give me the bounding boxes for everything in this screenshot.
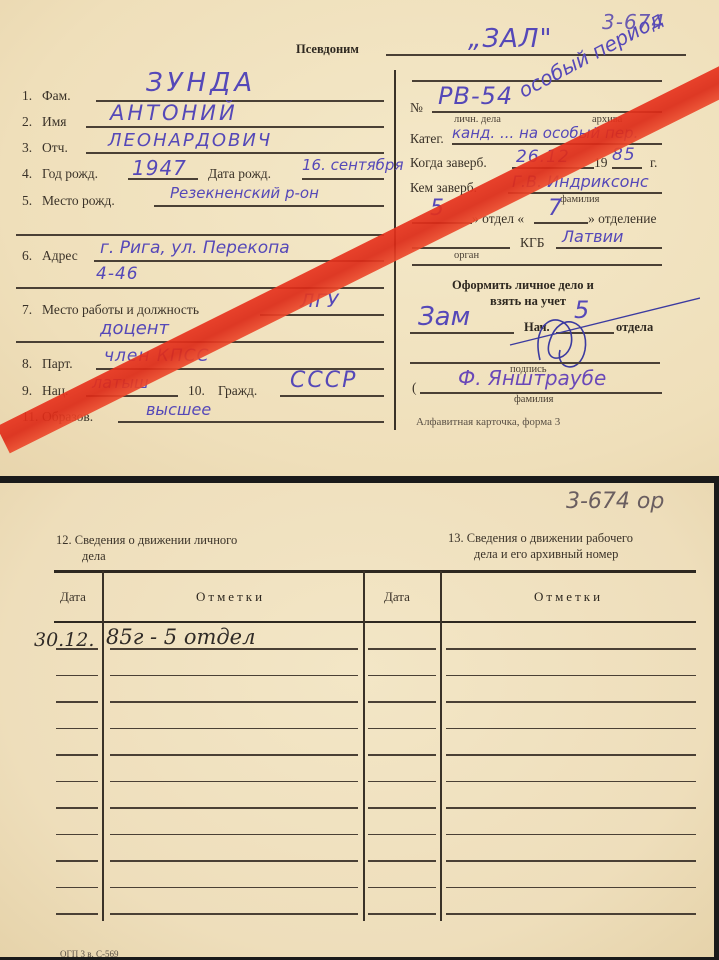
field-10-num: 10. — [188, 383, 205, 399]
section-13-title-2: дела и его архивный номер — [474, 547, 618, 562]
table-row-rule — [368, 807, 436, 809]
field-2-num: 2. — [22, 114, 32, 130]
personal-file-number: РВ-54 — [438, 82, 513, 110]
field-surname-value: ЗУНДА — [146, 68, 256, 98]
table-row-rule — [56, 807, 98, 809]
field-citizenship-label: Гражд. — [218, 383, 257, 399]
table-row-rule — [110, 728, 358, 730]
section-13-title-1: 13. Сведения о движении рабочего — [448, 531, 633, 546]
field-7-num: 7. — [22, 302, 32, 318]
table-row-rule — [56, 913, 98, 915]
field-citizenship-line — [280, 395, 384, 397]
field-birth-year-value: 1947 — [132, 156, 187, 180]
kgb-line-left — [412, 247, 510, 249]
table-row-rule — [446, 781, 696, 783]
table-row-rule — [446, 913, 696, 915]
table-row-rule — [368, 648, 436, 650]
field-name-value: АНТОНИЙ — [110, 101, 238, 125]
kgb-label: КГБ — [520, 235, 545, 251]
field-name-line — [86, 126, 384, 128]
col-header-date-1: Дата — [60, 589, 86, 605]
table-row-rule — [56, 860, 98, 862]
table-row-rule — [446, 807, 696, 809]
table-row-rule — [446, 675, 696, 677]
field-5-num: 5. — [22, 193, 32, 209]
table-row-rule — [368, 860, 436, 862]
recruiter-sub: фамилия — [560, 194, 599, 205]
col-header-notes-2: Отметки — [534, 589, 603, 605]
table-row-rule — [110, 781, 358, 783]
field-3-num: 3. — [22, 140, 32, 156]
table-row-rule — [56, 701, 98, 703]
field-citizenship-value: СССР — [290, 368, 357, 393]
section-label: » отделение — [588, 211, 656, 227]
pseudonym-value: „ЗАЛ" — [468, 24, 552, 54]
table-row-rule — [446, 728, 696, 730]
table-top-rule — [54, 570, 696, 573]
deputy-value: Зам — [418, 302, 470, 332]
category-label: Катег. — [410, 131, 444, 147]
organ-sub: орган — [454, 250, 479, 261]
organ-line — [412, 264, 662, 266]
table-row-rule — [368, 781, 436, 783]
field-1-num: 1. — [22, 88, 32, 104]
field-education-value: высшее — [146, 400, 211, 419]
table-row-rule — [446, 754, 696, 756]
field-birth-date-line — [302, 178, 384, 180]
recruit-date-label: Когда заверб. — [410, 155, 487, 171]
field-workplace-label: Место работы и должность — [42, 302, 199, 318]
field-birth-date-value: 16. сентября — [302, 156, 403, 174]
table-row-rule — [110, 860, 358, 862]
table-row-rule — [56, 887, 98, 889]
kgb-line-right — [556, 247, 662, 249]
col-header-notes-1: Отметки — [196, 589, 265, 605]
field-education-line — [118, 421, 384, 423]
field-8-num: 8. — [22, 356, 32, 372]
recruit-year-line — [612, 167, 642, 169]
table-row-rule — [56, 834, 98, 836]
alphabet-card-back: 3-674 ор 12. Сведения о движении личного… — [0, 483, 714, 957]
pseudonym-line — [386, 54, 686, 56]
field-birthplace-line — [154, 205, 384, 207]
field-patronymic-label: Отч. — [42, 140, 68, 156]
footer-print-code: ОГП 3 в. С-569 — [60, 949, 118, 957]
signer-open-paren: ( — [412, 380, 417, 396]
field-address-value-2: 4-46 — [96, 264, 139, 284]
table-row-rule — [110, 913, 358, 915]
field-address-value: г. Рига, ул. Перекопа — [100, 238, 290, 258]
field-birthplace-line-2 — [16, 234, 384, 236]
field-position-value: доцент — [100, 318, 169, 339]
table-row-rule — [110, 754, 358, 756]
field-address-label: Адрес — [42, 248, 78, 264]
table-row-rule — [368, 834, 436, 836]
table-row-rule — [56, 781, 98, 783]
table-row-rule — [110, 887, 358, 889]
table-header-rule — [54, 621, 696, 623]
table-row-rule — [56, 728, 98, 730]
table-row-rule — [446, 701, 696, 703]
field-patronymic-line — [86, 152, 384, 154]
table-row-rule — [56, 675, 98, 677]
section-12-title-2: дела — [82, 549, 106, 564]
field-birth-date-label: Дата рожд. — [208, 166, 271, 182]
field-surname-label: Фам. — [42, 88, 71, 104]
table-row-rule — [368, 701, 436, 703]
field-party-label: Парт. — [42, 356, 73, 372]
signer-value: Ф. Янштраубе — [458, 366, 606, 390]
table-row-rule — [446, 860, 696, 862]
table-row-rule — [446, 648, 696, 650]
table-row-rule — [56, 754, 98, 756]
table-row-rule — [368, 913, 436, 915]
table-row-rule — [368, 728, 436, 730]
table-row-rule — [110, 675, 358, 677]
row-1-date: 30.12. — [34, 629, 94, 651]
col-divider-2 — [363, 571, 365, 921]
section-line — [534, 222, 588, 224]
field-name-label: Имя — [42, 114, 67, 130]
back-file-ref: 3-674 ор — [566, 489, 664, 514]
col-divider-3 — [440, 571, 442, 921]
col-header-date-2: Дата — [384, 589, 410, 605]
field-patronymic-value: ЛЕОНАРДОВИЧ — [108, 130, 272, 151]
table-row-rule — [368, 887, 436, 889]
col-divider-1 — [102, 571, 104, 921]
section-value: 7 — [548, 196, 563, 221]
field-birthplace-value: Резекненский р-он — [170, 184, 319, 202]
table-row-rule — [446, 834, 696, 836]
signer-sub: фамилия — [514, 394, 553, 405]
field-birth-year-label: Год рожд. — [42, 166, 98, 182]
table-row-rule — [368, 675, 436, 677]
table-row-rule — [110, 807, 358, 809]
section-12-title-1: 12. Сведения о движении личного — [56, 533, 237, 548]
deputy-line — [410, 332, 514, 334]
pseudonym-label: Псевдоним — [296, 42, 359, 57]
alphabet-card-front: Псевдоним „ЗАЛ" 3-674 1. Фам. ЗУНДА 2. И… — [0, 0, 719, 476]
field-9-num: 9. — [22, 383, 32, 399]
kgb-value: Латвии — [562, 227, 623, 246]
field-birthplace-label: Место рожд. — [42, 193, 115, 209]
row-1-note: 85г - 5 отдел — [106, 625, 255, 649]
table-row-rule — [110, 701, 358, 703]
field-6-num: 6. — [22, 248, 32, 264]
number-prefix: № — [410, 100, 423, 116]
table-row-rule — [368, 754, 436, 756]
table-row-rule — [446, 887, 696, 889]
recruit-year-suffix: г. — [650, 155, 657, 171]
field-4-num: 4. — [22, 166, 32, 182]
form-name: Алфавитная карточка, форма 3 — [416, 416, 560, 428]
table-row-rule — [110, 834, 358, 836]
